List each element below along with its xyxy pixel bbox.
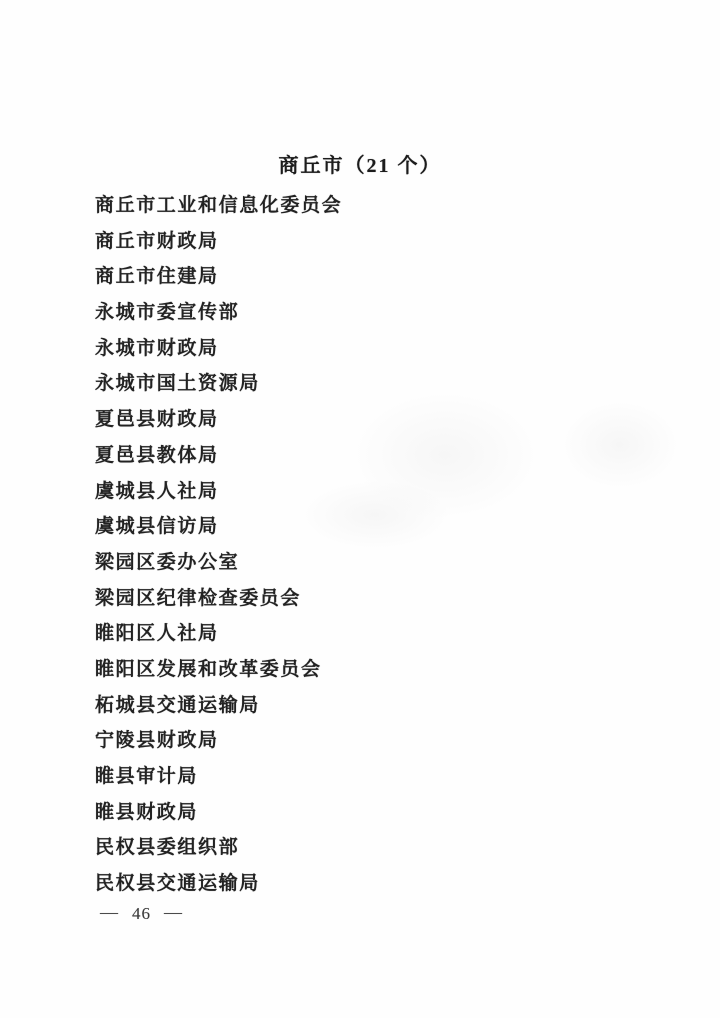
organization-list: 商丘市工业和信息化委员会 商丘市财政局 商丘市住建局 永城市委宣传部 永城市财政… <box>95 188 680 902</box>
organization-list-item: 民权县委组织部 <box>95 830 680 866</box>
organization-list-item: 夏邑县财政局 <box>95 402 680 438</box>
organization-list-item: 民权县交通运输局 <box>95 866 680 902</box>
organization-list-item: 睢阳区人社局 <box>95 616 680 652</box>
organization-list-item: 永城市委宣传部 <box>95 295 680 331</box>
organization-list-item: 永城市国土资源局 <box>95 366 680 402</box>
organization-list-item: 商丘市财政局 <box>95 224 680 260</box>
page-title: 商丘市（21 个） <box>0 150 720 182</box>
organization-list-item: 商丘市工业和信息化委员会 <box>95 188 680 224</box>
organization-list-item: 睢县审计局 <box>95 759 680 795</box>
page-number: 46 <box>132 904 151 924</box>
organization-list-item: 商丘市住建局 <box>95 259 680 295</box>
organization-list-item: 睢县财政局 <box>95 795 680 831</box>
organization-list-item: 夏邑县教体局 <box>95 438 680 474</box>
footer-right-dash: — <box>164 902 183 923</box>
organization-list-item: 虞城县人社局 <box>95 474 680 510</box>
organization-list-item: 梁园区委办公室 <box>95 545 680 581</box>
footer-left-dash: — <box>100 902 119 923</box>
organization-list-item: 柘城县交通运输局 <box>95 688 680 724</box>
organization-list-item: 梁园区纪律检查委员会 <box>95 581 680 617</box>
organization-list-item: 虞城县信访局 <box>95 509 680 545</box>
organization-list-item: 永城市财政局 <box>95 331 680 367</box>
document-page: 商丘市（21 个） 商丘市工业和信息化委员会 商丘市财政局 商丘市住建局 永城市… <box>0 0 720 1018</box>
organization-list-item: 宁陵县财政局 <box>95 723 680 759</box>
page-footer: — 46 — <box>100 903 183 924</box>
organization-list-item: 睢阳区发展和改革委员会 <box>95 652 680 688</box>
